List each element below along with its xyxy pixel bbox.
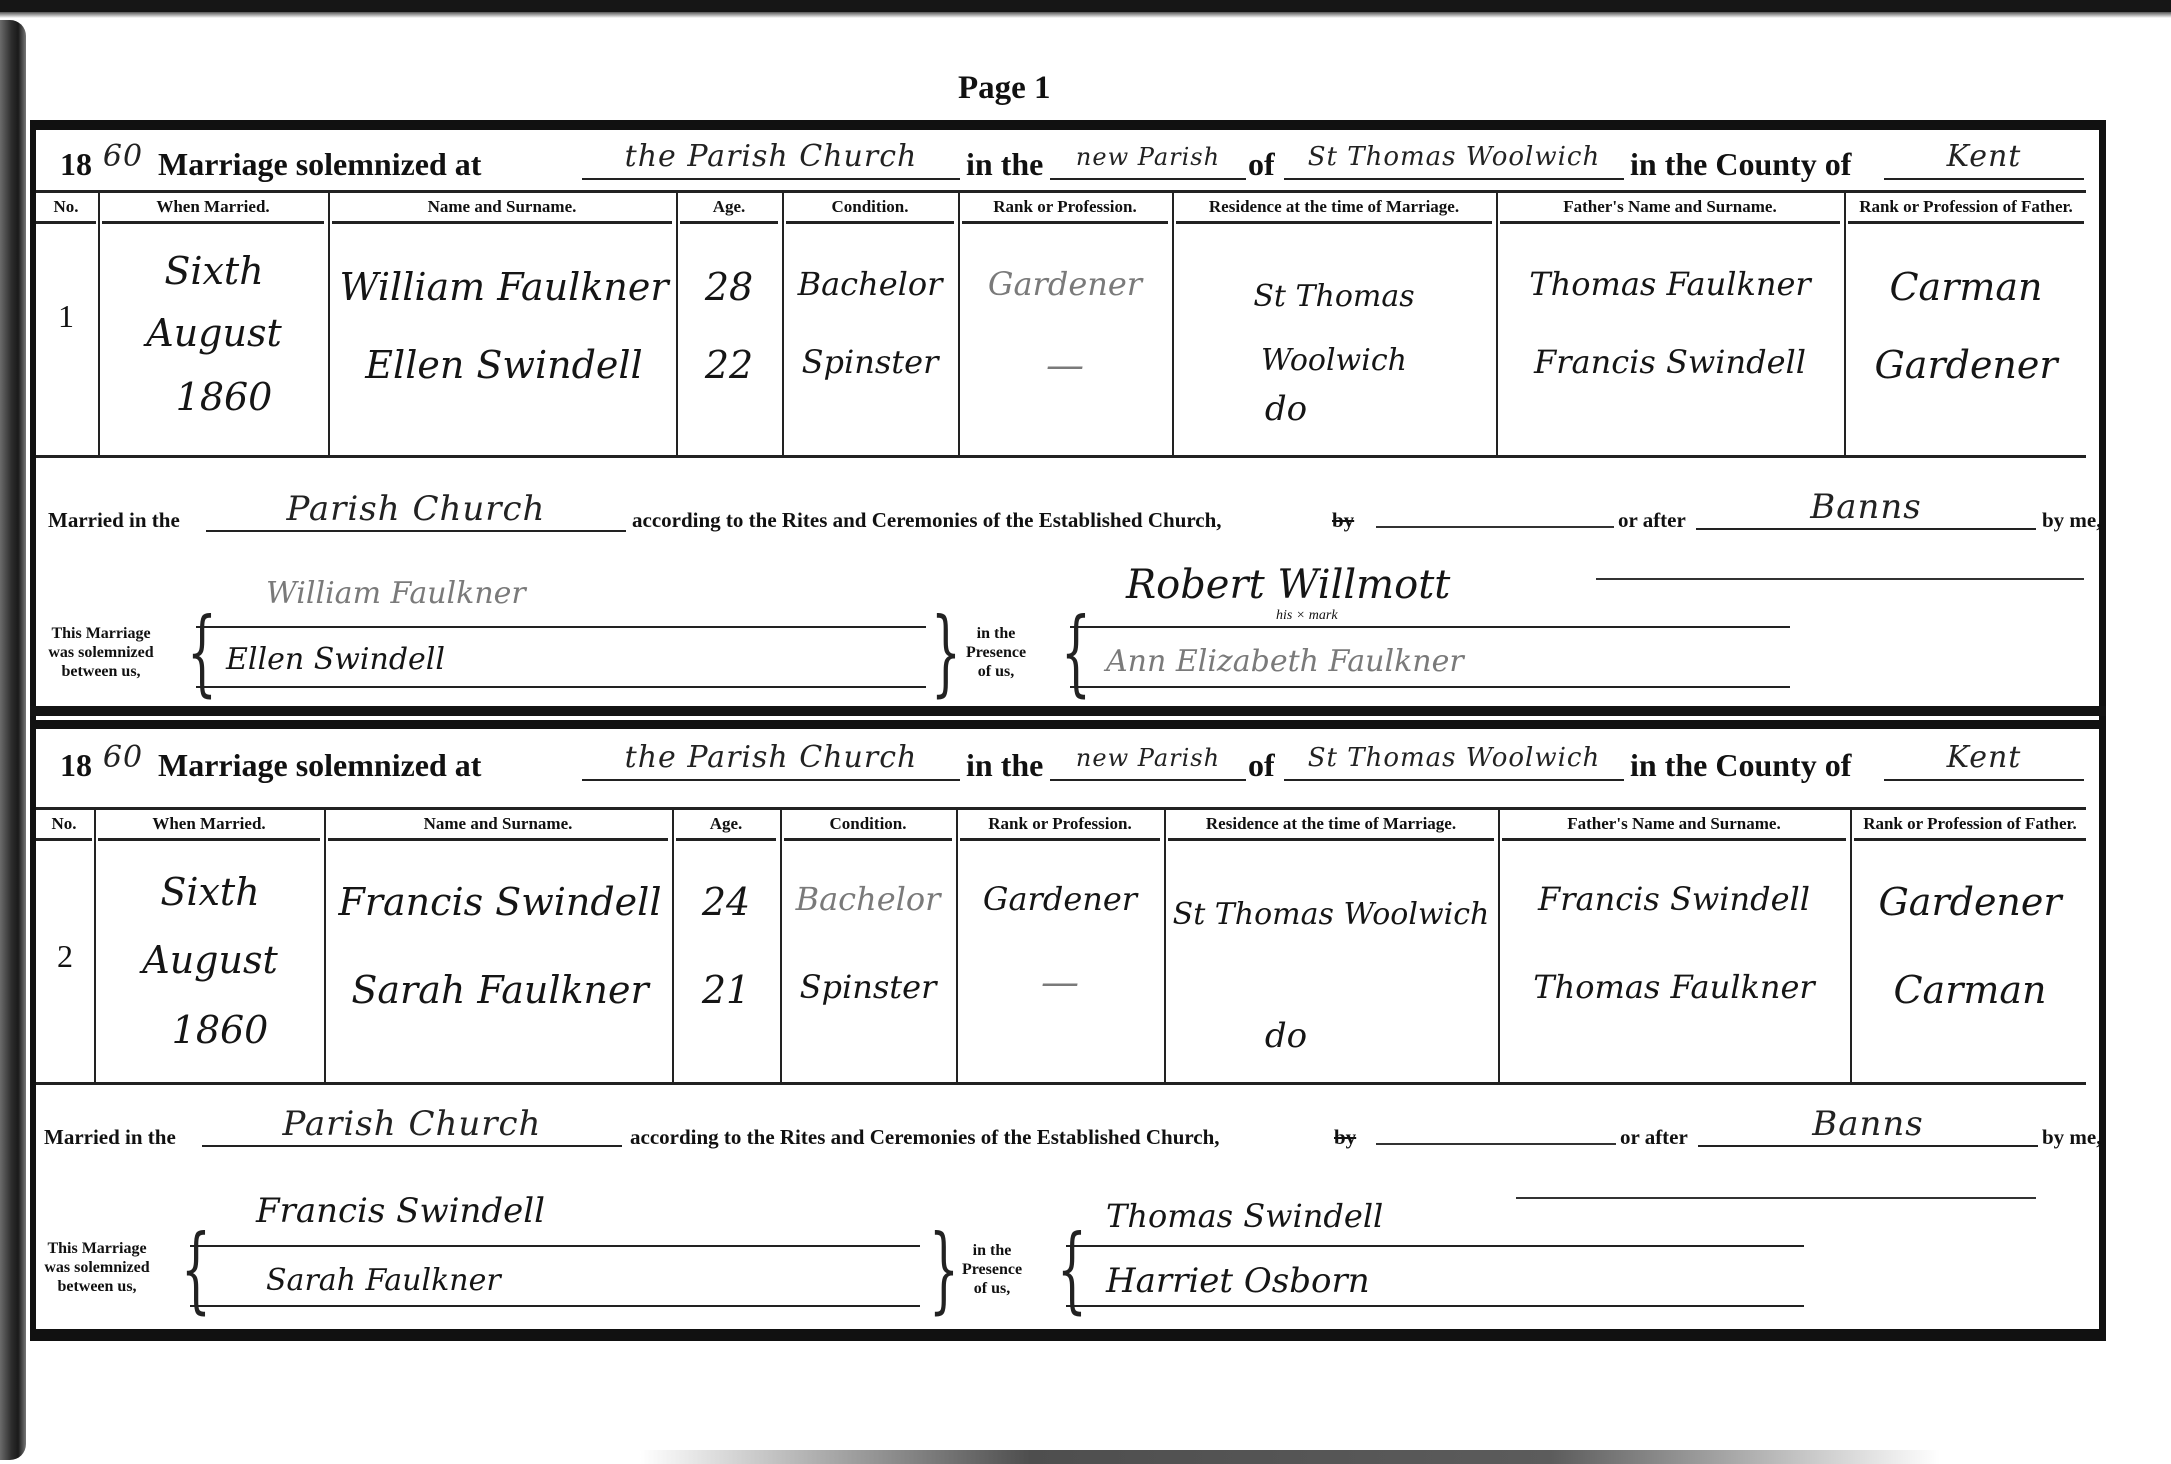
col-condition: Condition.	[784, 814, 952, 841]
bride-residence: do	[1186, 1016, 1386, 1056]
in-the-label: in the	[966, 146, 1043, 183]
married-in-label: Married in the	[44, 1125, 176, 1150]
divider	[1498, 810, 1500, 1082]
entry-heading: 18 60 Marriage solemnized at the Parish …	[60, 140, 2090, 190]
bride-age: 21	[676, 968, 776, 1012]
license-field	[1376, 526, 1614, 528]
year-suffix: 60	[96, 741, 150, 779]
col-residence: Residence at the time of Marriage.	[1176, 197, 1492, 224]
col-name: Name and Surname.	[328, 814, 668, 841]
witness-signature-line-1	[1070, 626, 1790, 628]
col-when-married: When Married.	[98, 814, 320, 841]
book-spine	[0, 20, 26, 1460]
bride-rank: —	[962, 343, 1168, 387]
of-label: of	[1248, 146, 1275, 183]
groom-name: William Faulkner	[336, 265, 672, 309]
divider	[672, 810, 674, 1082]
by-me-label: by me,	[2042, 508, 2102, 533]
bride-condition: Spinster	[784, 968, 952, 1006]
scan-top-shadow	[0, 12, 2171, 18]
by-label: by	[1332, 508, 1354, 533]
entry-number: 1	[36, 298, 96, 335]
groom-rank: Gardener	[962, 265, 1168, 303]
col-father-rank: Rank or Profession of Father.	[1848, 197, 2084, 224]
scan-bottom-edge	[640, 1450, 1940, 1464]
col-father-rank: Rank or Profession of Father.	[1854, 814, 2086, 841]
couple-signature-line-2	[190, 1305, 920, 1307]
entry-number: 2	[36, 938, 94, 975]
marriage-entry-1: 18 60 Marriage solemnized at the Parish …	[30, 120, 2106, 722]
county-field: Kent	[1884, 140, 2084, 180]
col-age: Age.	[680, 197, 778, 224]
divider	[780, 810, 782, 1082]
solemnized-at-label: Marriage solemnized at	[158, 146, 481, 183]
scan-top-edge	[0, 0, 2171, 12]
bride-name: Ellen Swindell	[336, 343, 672, 387]
married-in-field: Parish Church	[206, 492, 626, 532]
table-bottom-rule	[36, 455, 2086, 458]
officiant-signature-line	[1516, 1197, 2036, 1199]
license-field	[1376, 1143, 1616, 1145]
groom-rank: Gardener	[960, 880, 1160, 918]
solemnized-between-label: This Marriage was solemnized between us,	[32, 1239, 162, 1296]
left-brace-icon: {	[1057, 1223, 1087, 1317]
when-month: August	[106, 311, 322, 355]
col-residence: Residence at the time of Marriage.	[1168, 814, 1494, 841]
divider	[94, 810, 96, 1082]
groom-residence: St Thomas Woolwich	[1168, 880, 1494, 950]
banns-field: Banns	[1698, 1107, 2038, 1147]
solemnized-at-label: Marriage solemnized at	[158, 747, 481, 784]
entry-heading: 18 60 Marriage solemnized at the Parish …	[60, 741, 2090, 791]
county-label: in the County of	[1630, 747, 1851, 784]
or-after-label: or after	[1618, 508, 1686, 533]
witness-2-signature: Ann Elizabeth Faulkner	[1106, 644, 1464, 679]
witness-2-signature: Harriet Osborn	[1106, 1261, 1370, 1301]
col-father-name: Father's Name and Surname.	[1502, 814, 1846, 841]
groom-father-name: Thomas Faulkner	[1500, 265, 1840, 303]
divider	[98, 193, 100, 455]
divider	[324, 810, 326, 1082]
bride-rank: —	[960, 960, 1160, 1004]
according-to-label: according to the Rites and Ceremonies of…	[630, 1125, 1220, 1150]
parish-type-field: new Parish	[1050, 140, 1246, 180]
left-brace-icon: {	[181, 1223, 211, 1317]
parish-type-field: new Parish	[1050, 741, 1246, 781]
bride-father-rank: Gardener	[1848, 343, 2084, 387]
col-rank: Rank or Profession.	[960, 814, 1160, 841]
groom-age: 24	[676, 880, 776, 924]
place-field: the Parish Church	[582, 741, 960, 781]
col-no: No.	[36, 197, 96, 224]
groom-residence: St Thomas Woolwich	[1176, 265, 1492, 393]
when-month: August	[102, 938, 318, 982]
or-after-label: or after	[1620, 1125, 1688, 1150]
groom-signature: Francis Swindell	[256, 1191, 545, 1231]
when-year: 1860	[126, 375, 322, 419]
witness-signature-line-2	[1070, 686, 1790, 688]
entry-separator	[30, 706, 2106, 716]
divider	[1850, 810, 1852, 1082]
year-prefix: 18	[60, 146, 92, 183]
register-table: No. When Married. Name and Surname. Age.…	[36, 190, 2086, 458]
witness-mark-note: his × mark	[1276, 608, 1338, 624]
couple-signature-line-1	[196, 626, 926, 628]
parish-name-field: St Thomas Woolwich	[1284, 741, 1624, 781]
county-field: Kent	[1884, 741, 2084, 781]
bride-age: 22	[680, 343, 778, 387]
parish-name-field: St Thomas Woolwich	[1284, 140, 1624, 180]
witness-1-signature: Robert Willmott	[1126, 562, 1450, 608]
in-presence-label: in the Presence of us,	[956, 624, 1036, 681]
divider	[676, 193, 678, 455]
groom-father-name: Francis Swindell	[1502, 880, 1846, 918]
marriage-entry-2: 18 60 Marriage solemnized at the Parish …	[30, 720, 2106, 1341]
col-rank: Rank or Profession.	[962, 197, 1168, 224]
groom-age: 28	[680, 265, 778, 309]
bride-name: Sarah Faulkner	[332, 968, 668, 1012]
table-bottom-rule	[36, 1082, 2086, 1085]
married-in-label: Married in the	[48, 508, 180, 533]
groom-name: Francis Swindell	[332, 880, 668, 924]
of-label: of	[1248, 747, 1275, 784]
couple-signature-line-2	[196, 686, 926, 688]
divider	[328, 193, 330, 455]
married-in-field: Parish Church	[202, 1107, 622, 1147]
col-father-name: Father's Name and Surname.	[1500, 197, 1840, 224]
bride-signature: Sarah Faulkner	[266, 1263, 501, 1298]
witness-1-signature: Thomas Swindell	[1106, 1197, 1383, 1235]
when-year: 1860	[122, 1008, 318, 1052]
bride-condition: Spinster	[786, 343, 954, 381]
groom-father-rank: Carman	[1848, 265, 2084, 309]
year-prefix: 18	[60, 747, 92, 784]
divider	[782, 193, 784, 455]
col-name: Name and Surname.	[332, 197, 672, 224]
col-when-married: When Married.	[102, 197, 324, 224]
col-no: No.	[36, 814, 92, 841]
divider	[1172, 193, 1174, 455]
bride-father-name: Thomas Faulkner	[1502, 968, 1846, 1006]
divider	[1496, 193, 1498, 455]
witness-signature-line-2	[1066, 1305, 1804, 1307]
page-title: Page 1	[958, 70, 1051, 107]
officiant-signature-line	[1596, 578, 2084, 580]
according-to-label: according to the Rites and Ceremonies of…	[632, 508, 1222, 533]
groom-condition: Bachelor	[786, 265, 954, 303]
when-day: Sixth	[106, 249, 322, 293]
county-label: in the County of	[1630, 146, 1851, 183]
in-the-label: in the	[966, 747, 1043, 784]
couple-signature-line-1	[190, 1245, 920, 1247]
divider	[956, 810, 958, 1082]
bride-father-rank: Carman	[1854, 968, 2086, 1012]
by-label: by	[1334, 1125, 1356, 1150]
solemnized-between-label: This Marriage was solemnized between us,	[36, 624, 166, 681]
groom-father-rank: Gardener	[1854, 880, 2086, 924]
register-table: No. When Married. Name and Surname. Age.…	[36, 807, 2086, 1085]
divider	[1164, 810, 1166, 1082]
divider	[1844, 193, 1846, 455]
bride-residence: do	[1186, 389, 1386, 429]
divider	[958, 193, 960, 455]
in-presence-label: in the Presence of us,	[952, 1241, 1032, 1298]
bride-signature: Ellen Swindell	[226, 642, 445, 677]
by-me-label: by me,	[2042, 1125, 2102, 1150]
year-suffix: 60	[96, 140, 150, 178]
banns-field: Banns	[1696, 490, 2036, 530]
when-day: Sixth	[102, 870, 318, 914]
groom-signature: William Faulkner	[266, 576, 526, 611]
bride-father-name: Francis Swindell	[1500, 343, 1840, 381]
groom-condition: Bachelor	[784, 880, 952, 918]
witness-signature-line-1	[1066, 1245, 1804, 1247]
col-condition: Condition.	[786, 197, 954, 224]
place-field: the Parish Church	[582, 140, 960, 180]
col-age: Age.	[676, 814, 776, 841]
